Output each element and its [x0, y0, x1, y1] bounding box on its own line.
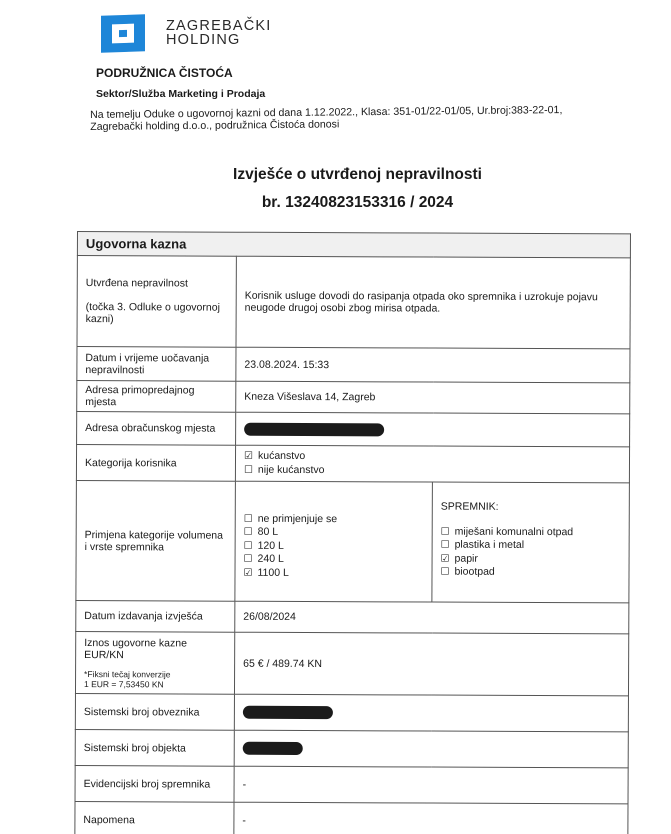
label-text: Iznos ugovorne kazne EUR/KN	[84, 637, 204, 662]
unchecked-box-icon: ☐	[244, 554, 253, 565]
option-label: ne primjenjuje se	[258, 513, 337, 525]
unchecked-box-icon: ☐	[441, 540, 450, 551]
value-irregularity: Korisnik usluge dovodi do rasipanja otpa…	[236, 256, 630, 349]
label-issue-date: Datum izdavanja izvješća	[76, 600, 235, 632]
row-object-id: Sistemski broj objekta	[75, 729, 628, 767]
option-label: plastika i metal	[455, 539, 525, 551]
checkbox-volume-240[interactable]: ☐240 L	[244, 553, 424, 567]
brand-name: ZAGREBAČKI HOLDING	[166, 19, 271, 47]
option-label: miješani komunalni otpad	[455, 525, 574, 538]
checkbox-volume-80[interactable]: ☐80 L	[244, 526, 424, 540]
row-amount: Iznos ugovorne kazne EUR/KN *Fiksni teča…	[75, 631, 628, 695]
row-irregularity: Utvrđena nepravilnost (točka 3. Odluke o…	[77, 256, 630, 349]
checked-box-icon: ☑	[243, 567, 252, 578]
value-billing-address	[236, 412, 630, 447]
option-label: kućanstvo	[258, 450, 305, 462]
label-payer-id: Sistemski broj obveznika	[75, 693, 234, 730]
checkbox-type-bio[interactable]: ☐biootpad	[440, 566, 620, 580]
row-note: Napomena -	[75, 801, 628, 834]
row-billing-address: Adresa obračunskog mjesta	[77, 412, 630, 447]
sector-name: Sektor/Služba Marketing i Prodaja	[96, 88, 265, 100]
option-label: biootpad	[454, 566, 494, 578]
container-type-heading: SPREMNIK:	[441, 501, 621, 514]
brand-line-2: HOLDING	[166, 33, 271, 47]
row-observed-at: Datum i vrijeme uočavanja nepravilnosti …	[77, 347, 630, 383]
checkbox-volume-none[interactable]: ☐ne primjenjuje se	[244, 512, 424, 526]
intro-text: Na temelju Oduke o ugovornoj kazni od da…	[90, 103, 670, 133]
label-note: Napomena	[75, 801, 234, 834]
label-container-id: Evidencijski broj spremnika	[75, 765, 234, 802]
value-amount: 65 € / 489.74 KN	[234, 632, 628, 696]
checked-box-icon: ☑	[244, 451, 253, 462]
label-handover-address: Adresa primopredajnog mjesta	[77, 381, 236, 413]
checkbox-type-plastic[interactable]: ☐plastika i metal	[441, 539, 621, 553]
label-text: Utvrđena nepravilnost	[86, 277, 188, 289]
label-container: Primjena kategorije volumena i vrste spr…	[76, 480, 236, 601]
row-handover-address: Adresa primopredajnog mjesta Kneza Višes…	[77, 381, 630, 414]
label-amount: Iznos ugovorne kazne EUR/KN *Fiksni teča…	[75, 631, 234, 694]
option-label: 1100 L	[257, 567, 288, 579]
checked-box-icon: ☑	[441, 553, 450, 564]
row-container: Primjena kategorije volumena i vrste spr…	[76, 480, 630, 602]
row-user-category: Kategorija korisnika ☑kućanstvo ☐nije ku…	[76, 445, 629, 483]
option-label: 80 L	[258, 526, 278, 538]
label-subtext: (točka 3. Odluke o ugovornoj kazni)	[86, 301, 228, 326]
redaction-mark	[244, 422, 384, 436]
checkbox-type-mixed[interactable]: ☐miješani komunalni otpad	[441, 525, 621, 539]
value-note: -	[234, 802, 628, 834]
conversion-note: *Fiksni tečaj konverzije	[84, 669, 226, 680]
redaction-mark	[243, 742, 303, 755]
label-irregularity: Utvrđena nepravilnost (točka 3. Odluke o…	[77, 256, 236, 348]
conversion-rate: 1 EUR = 7,53450 KN	[84, 679, 226, 690]
value-object-id	[234, 730, 628, 768]
options-container-type: SPREMNIK: ☐miješani komunalni otpad ☐pla…	[432, 482, 630, 603]
value-handover-address: Kneza Višeslava 14, Zagreb	[236, 381, 630, 414]
option-label: papir	[455, 552, 478, 564]
label-billing-address: Adresa obračunskog mjesta	[77, 412, 236, 446]
unchecked-box-icon: ☐	[440, 567, 449, 578]
option-label: 240 L	[258, 553, 284, 565]
branch-name: PODRUŽNICA ČISTOĆA	[96, 66, 233, 80]
checkbox-volume-1100[interactable]: ☑1100 L	[243, 566, 423, 580]
value-container-id: -	[234, 766, 628, 804]
row-payer-id: Sistemski broj obveznika	[75, 693, 628, 731]
unchecked-box-icon: ☐	[244, 540, 253, 551]
row-issue-date: Datum izdavanja izvješća 26/08/2024	[76, 600, 629, 633]
value-observed-at: 23.08.2024. 15:33	[236, 347, 630, 383]
unchecked-box-icon: ☐	[244, 527, 253, 538]
row-container-id: Evidencijski broj spremnika -	[75, 765, 628, 803]
value-issue-date: 26/08/2024	[235, 601, 629, 634]
label-object-id: Sistemski broj objekta	[75, 729, 234, 766]
unchecked-box-icon: ☐	[244, 464, 253, 475]
checkbox-nije-kucanstvo[interactable]: ☐nije kućanstvo	[244, 463, 621, 478]
brand-line-1: ZAGREBAČKI	[166, 19, 271, 33]
redaction-mark	[243, 706, 333, 719]
label-observed-at: Datum i vrijeme uočavanja nepravilnosti	[77, 347, 236, 382]
label-user-category: Kategorija korisnika	[76, 445, 235, 482]
option-label: nije kućanstvo	[258, 463, 325, 475]
value-payer-id	[234, 694, 628, 732]
unchecked-box-icon: ☐	[244, 513, 253, 524]
options-user-category: ☑kućanstvo ☐nije kućanstvo	[235, 445, 629, 483]
zagrebacki-holding-logo-icon	[101, 14, 145, 53]
checkbox-volume-120[interactable]: ☐120 L	[244, 539, 424, 553]
option-label: 120 L	[258, 540, 284, 552]
options-volume: ☐ne primjenjuje se ☐80 L ☐120 L ☐240 L ☑…	[235, 481, 433, 602]
section-title: Ugovorna kazna	[77, 232, 630, 258]
unchecked-box-icon: ☐	[441, 526, 450, 537]
checkbox-type-paper[interactable]: ☑papir	[441, 552, 621, 566]
penalty-form-table: Ugovorna kazna Utvrđena nepravilnost (to…	[74, 231, 631, 834]
document-number: br. 13240823153316 / 2024	[22, 194, 671, 212]
document-title: Izvješće o utvrđenoj nepravilnosti	[22, 166, 671, 184]
